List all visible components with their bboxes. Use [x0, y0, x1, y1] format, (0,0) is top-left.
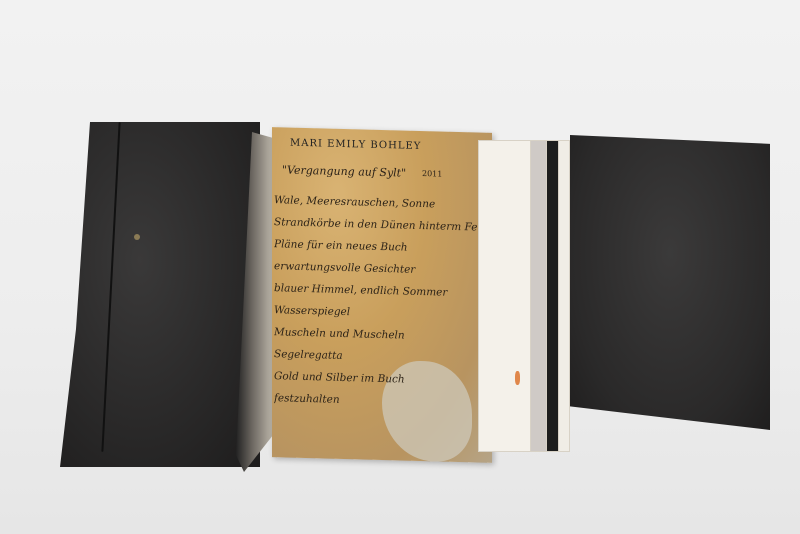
page-subtitle: "Vergangung auf Sylt" — [282, 163, 406, 179]
handwritten-lines: Wale, Meeresrauschen, Sonne Strandkörbe … — [274, 189, 484, 414]
orange-speck — [515, 371, 520, 385]
felt-cover-right — [570, 135, 770, 430]
page-stack — [478, 140, 568, 450]
photo-scene: MARI EMILY BOHLEY "Vergangung auf Sylt" … — [0, 0, 800, 534]
text-line: festzuhalten — [274, 387, 484, 414]
handwritten-page: MARI EMILY BOHLEY "Vergangung auf Sylt" … — [272, 127, 492, 463]
cord-bead — [134, 234, 140, 240]
page-year: 2011 — [422, 169, 442, 179]
author-name: MARI EMILY BOHLEY — [290, 138, 421, 152]
back-sheet — [558, 140, 570, 452]
felt-cover-left — [60, 122, 260, 467]
